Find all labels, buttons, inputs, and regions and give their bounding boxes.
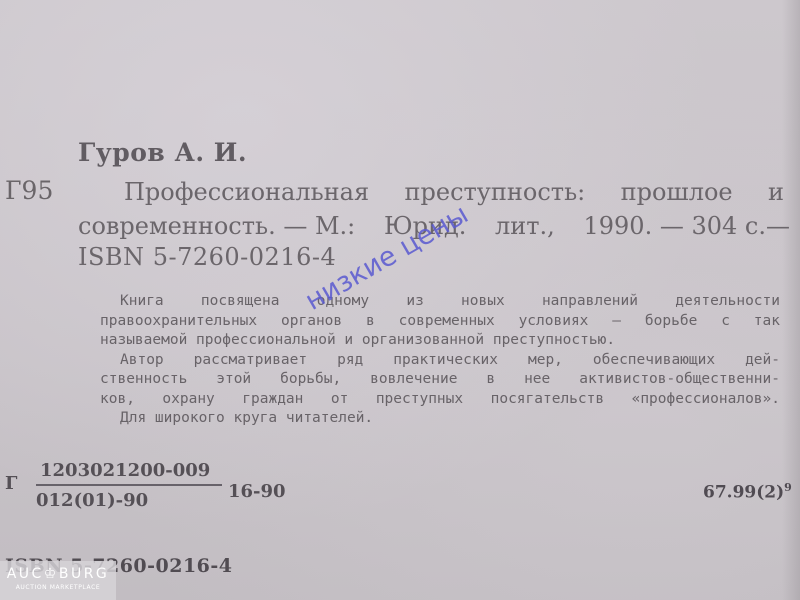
classification-code: Г95 — [5, 176, 53, 205]
index-letter: Г — [5, 473, 17, 494]
annotation-line: ственность этой борьбы, вовлечение в нее… — [100, 370, 780, 390]
annotation-block: Книга посвящена одному из новых направле… — [100, 292, 780, 429]
title-word: Профессиональная — [124, 178, 369, 206]
index-suffix: 16-90 — [228, 481, 286, 502]
page-edge-shadow — [782, 0, 800, 600]
watermark-brand: AUC♔BURG — [0, 566, 116, 582]
bbk-main: 67.99(2) — [703, 483, 784, 503]
title-word: прошлое — [621, 178, 733, 206]
index-denominator: 012(01)-90 — [36, 490, 222, 511]
watermark-subtitle: AUCTION MARKETPLACE — [0, 584, 116, 591]
author-name: Гуров А. И. — [78, 138, 247, 167]
annotation-line: ков, охрану граждан от преступных посяга… — [100, 390, 780, 410]
auction-watermark: AUC♔BURG AUCTION MARKETPLACE — [0, 561, 116, 600]
bbk-code: 67.99(2)9 — [703, 481, 792, 503]
bbk-sup: 9 — [784, 481, 792, 494]
title-word: современность. — М.: — [78, 212, 355, 240]
title-word: преступность: — [405, 178, 586, 206]
title-word: и — [768, 178, 784, 206]
publication-index: 1203021200-009 012(01)-90 — [36, 460, 222, 511]
fraction-bar — [36, 484, 222, 486]
title-word: лит., — [495, 212, 555, 240]
isbn-line: ISBN 5-7260-0216-4 — [78, 243, 336, 271]
index-numerator: 1203021200-009 — [36, 460, 222, 481]
annotation-line: Автор рассматривает ряд практических мер… — [100, 351, 780, 371]
annotation-line: Книга посвящена одному из новых направле… — [100, 292, 780, 312]
title-word: 1990. — 304 с.— — [584, 212, 790, 240]
annotation-line: называемой профессиональной и организова… — [100, 331, 780, 351]
annotation-line: правоохранительных органов в современных… — [100, 312, 780, 332]
annotation-line: Для широкого круга читателей. — [100, 409, 780, 429]
